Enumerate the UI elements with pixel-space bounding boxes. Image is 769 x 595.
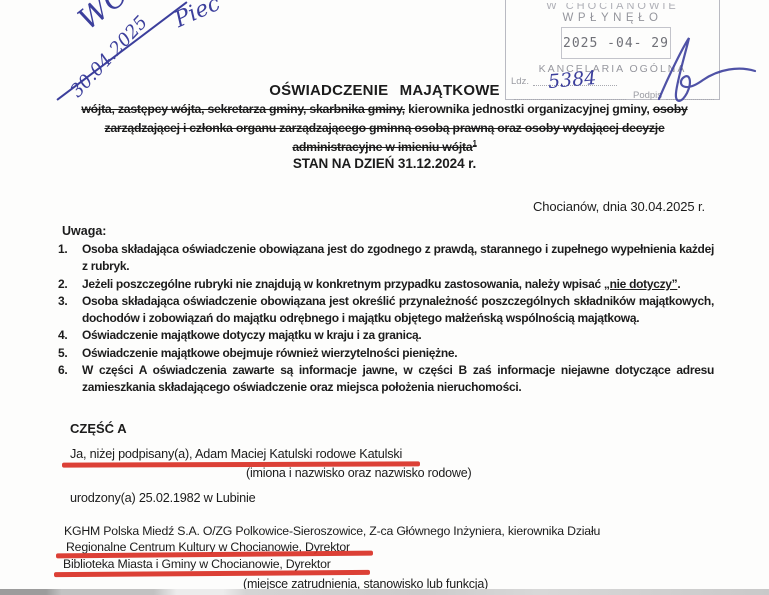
scan-edge-bar [0,589,769,595]
employer-line-3: Biblioteka Miasta i Gminy w Chocianowie,… [63,557,331,571]
stamp-clipped-header-text: W CHOCIANOWIE [546,3,679,11]
note-number: 2. [58,276,82,293]
employer-line-1: KGHM Polska Miedź S.A. O/ZG Polkowice-Si… [64,524,600,538]
as-of-date-line: STAN NA DZIEŃ 31.12.2024 r. [0,156,769,171]
note-number: 5. [58,345,82,362]
scanned-document-page: WOW Piec 30.04.2025 W CHOCIANOWIE WPŁYNĘ… [0,0,769,595]
note-text: Jeżeli poszczególne rubryki nie znajdują… [82,276,714,293]
struck-text: administracyjne w imieniu wójta1 [292,140,476,154]
note-text: Osoba składająca oświadczenie obowiązana… [82,241,714,276]
struck-text-main: administracyjne w imieniu wójta [292,140,472,154]
document-title: OŚWIADCZENIE MAJĄTKOWE [0,82,769,99]
birth-line: urodzony(a) 25.02.1982 w Lubinie [70,491,255,505]
header-struck-line-2: zarządzającej i członka organu zarządzaj… [0,121,769,135]
part-a-heading: CZĘŚĆ A [70,421,127,436]
note-item-3: 3. Osoba składająca oświadczenie obowiąz… [58,293,714,328]
stamp-clipped-header: W CHOCIANOWIE [506,3,719,11]
note-item-5: 5. Oświadczenie majątkowe obejmuje równi… [58,345,714,362]
struck-text: osoby [653,102,688,116]
note-number: 3. [58,293,82,310]
note-number: 4. [58,327,82,344]
footnote-mark: 1 [472,139,476,148]
note-text: Oświadczenie majątkowe obejmuje również … [82,345,714,362]
kept-text: kierownika jednostki organizacyjnej gmin… [405,102,653,116]
declaration-line: Ja, niżej podpisany(a), Adam Maciej Katu… [70,447,402,461]
notes-list: 1. Osoba składająca oświadczenie obowiąz… [58,241,714,397]
note-item-2: 2. Jeżeli poszczególne rubryki nie znajd… [58,276,714,293]
note-text-underlined: „nie dotyczy” [604,277,677,291]
note-item-4: 4. Oświadczenie majątkowe dotyczy majątk… [58,327,714,344]
note-number: 1. [58,241,82,258]
note-item-1: 1. Osoba składająca oświadczenie obowiąz… [58,241,714,276]
note-number: 6. [58,362,82,379]
signature-scribble [645,33,760,111]
struck-text: wójta, zastępcy wójta, sekretarza gminy,… [81,102,405,116]
note-text-pre: Jeżeli poszczególne rubryki nie znajdują… [82,277,604,291]
note-text-post: . [677,277,680,291]
note-text: Oświadczenie majątkowe dotyczy majątku w… [82,327,714,344]
stamp-received-label: WPŁYNĘŁO [506,12,719,24]
notes-label: Uwaga: [62,224,106,238]
struck-text: zarządzającej i członka organu zarządzaj… [104,121,664,135]
handwriting-word-2: Piec [171,0,224,33]
note-text: W części A oświadczenia zawarte są infor… [82,362,714,397]
names-caption: (imiona i nazwisko oraz nazwisko rodowe) [246,466,471,480]
place-date-line: Chocianów, dnia 30.04.2025 r. [533,199,705,214]
note-text: Osoba składająca oświadczenie obowiązana… [82,293,714,328]
header-struck-line-3: administracyjne w imieniu wójta1 [0,139,769,154]
note-item-6: 6. W części A oświadczenia zawarte są in… [58,362,714,397]
header-struck-line-1: wójta, zastępcy wójta, sekretarza gminy,… [0,102,769,116]
